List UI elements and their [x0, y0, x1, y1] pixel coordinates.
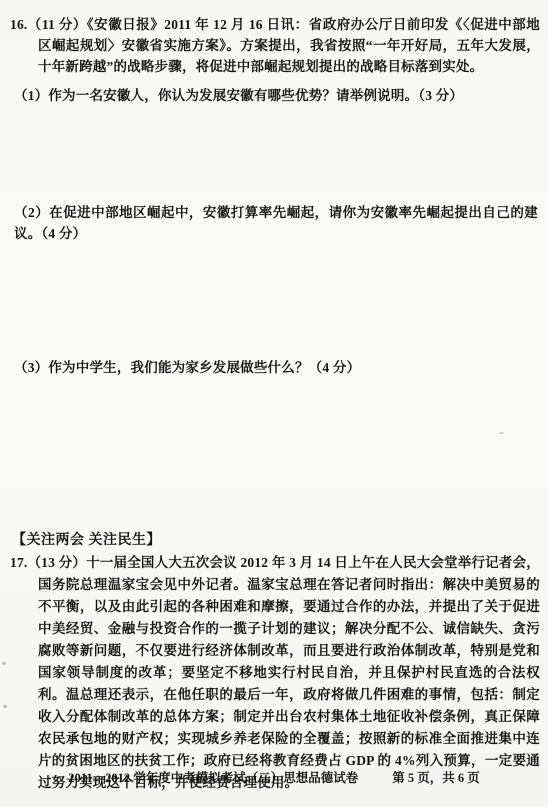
question-16-sub3: （3）作为中学生，我们能为家乡发展做些什么？（4 分） [14, 357, 538, 378]
question-16: 16.（11 分）《安徽日报》2011 年 12 月 16 日讯：省政府办公厅日… [10, 14, 540, 77]
question-17-stem-text: 十一届全国人大五次会议 2012 年 3 月 14 日上午在人民大会堂举行记者会… [38, 555, 540, 790]
exam-page: 16.（11 分）《安徽日报》2011 年 12 月 16 日讯：省政府办公厅日… [0, 0, 548, 807]
footer-title: 2011—2012 学年度中考模拟考试（二）思想品德试卷 [68, 768, 358, 786]
page-footer: 2011—2012 学年度中考模拟考试（二）思想品德试卷 第 5 页，共 6 页 [0, 768, 548, 786]
scan-speck [499, 432, 504, 434]
question-17-stem: 17.（13 分）十一届全国人大五次会议 2012 年 3 月 14 日上午在人… [10, 552, 540, 794]
footer-page-info: 第 5 页，共 6 页 [392, 768, 480, 786]
question-16-number: 16.（11 分） [10, 17, 87, 32]
question-16-sub2: （2）在促进中部地区崛起中，安徽打算率先崛起，请你为安徽率先崛起提出自己的建议。… [14, 202, 538, 244]
question-16-sub1: （1）作为一名安徽人，你认为发展安徽有哪些优势？请举例说明。（3 分） [14, 85, 538, 106]
question-16-stem: 16.（11 分）《安徽日报》2011 年 12 月 16 日讯：省政府办公厅日… [10, 14, 540, 77]
section-header: 【关注两会 关注民生】 [12, 529, 532, 549]
scan-speck [2, 662, 6, 665]
scan-speck [3, 705, 7, 708]
question-16-stem-text: 《安徽日报》2011 年 12 月 16 日讯：省政府办公厅日前印发《〈促进中部… [38, 17, 540, 74]
question-17: 17.（13 分）十一届全国人大五次会议 2012 年 3 月 14 日上午在人… [10, 552, 540, 794]
question-17-number: 17.（13 分） [10, 555, 86, 570]
